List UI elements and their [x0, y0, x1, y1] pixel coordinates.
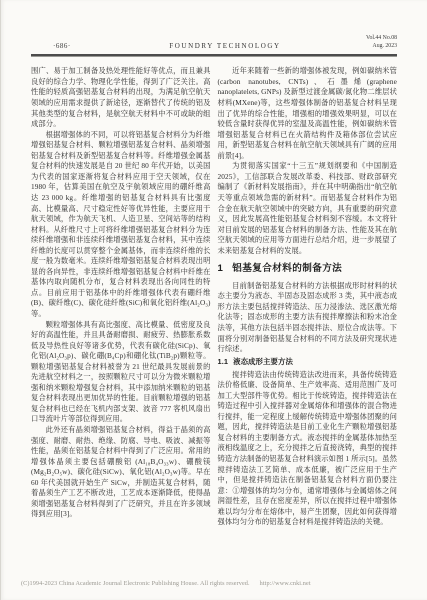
- section-heading-1: 1铝基复合材料的制备方法: [218, 264, 398, 275]
- page-footer: (C)1994-2023 China Academic Journal Elec…: [21, 580, 407, 587]
- paragraph: 搅拌铸造法由传统铸造法改进而来，具备传统铸造法价格低廉、设备简单、生产效率高、适…: [218, 370, 398, 528]
- page-header: ·686· FOUNDRY TECHNOLOGY Vol.44 No.08 Au…: [31, 30, 397, 50]
- copyright-notice: (C)1994-2023 China Academic Journal Elec…: [21, 580, 250, 587]
- issue-info: Vol.44 No.08 Aug. 2023: [327, 34, 397, 50]
- section-number: 1: [218, 263, 224, 274]
- paragraph: 根据增强体的不同，可以将铝基复合材料分为纤维增强铝基复合材料、颗粒增强铝基复合材…: [31, 130, 211, 320]
- paragraph: 颗粒增强体具有高比强度、高比模量、低密度及良好的高温性能，并且具备耐磨损、耐疲劳…: [31, 320, 211, 425]
- right-column: 近年来随着一些新的增强体被发现，例如碳纳米管(carbon nanotubes,…: [218, 66, 398, 527]
- cnki-url: http://www.cnki.net: [260, 580, 311, 587]
- header-divider: [31, 54, 397, 57]
- subsection-heading-1-1: 1.1液态成形主要方法: [218, 357, 398, 368]
- article-body: 围广、易于加工制备及热处理性能好等优点，而且兼具良好的综合力学、物理化学性能，得…: [31, 66, 397, 527]
- subsection-number: 1.1: [218, 357, 229, 366]
- paragraph: 为贯彻落实国家“十三五”规划纲要和《中国制造 2025》，工信部联合发展改革委、…: [218, 161, 398, 256]
- section-title: 铝基复合材料的制备方法: [232, 263, 342, 274]
- paragraph: 此外还有晶须增强铝基复合材料，得益于晶须的高强度、耐磨、耐热、绝缘、防腐、导电、…: [31, 425, 211, 520]
- issue-date: Aug. 2023: [327, 42, 397, 50]
- paragraph: 目前制备铝基复合材料的方法根据成形时材料的状态主要分为液态、半固态及固态成形 3…: [218, 281, 398, 355]
- journal-page: ·686· FOUNDRY TECHNOLOGY Vol.44 No.08 Au…: [0, 0, 427, 600]
- subsection-title: 液态成形主要方法: [233, 357, 293, 366]
- paragraph: 近年来随着一些新的增强体被发现，例如碳纳米管(carbon nanotubes,…: [218, 66, 398, 161]
- volume-number: Vol.44 No.08: [327, 34, 397, 42]
- page-number: ·686·: [31, 42, 123, 50]
- left-column: 围广、易于加工制备及热处理性能好等优点，而且兼具良好的综合力学、物理化学性能，得…: [31, 66, 211, 527]
- journal-title: FOUNDRY TECHNOLOGY: [123, 42, 327, 50]
- paragraph: 围广、易于加工制备及热处理性能好等优点，而且兼具良好的综合力学、物理化学性能，得…: [31, 66, 211, 129]
